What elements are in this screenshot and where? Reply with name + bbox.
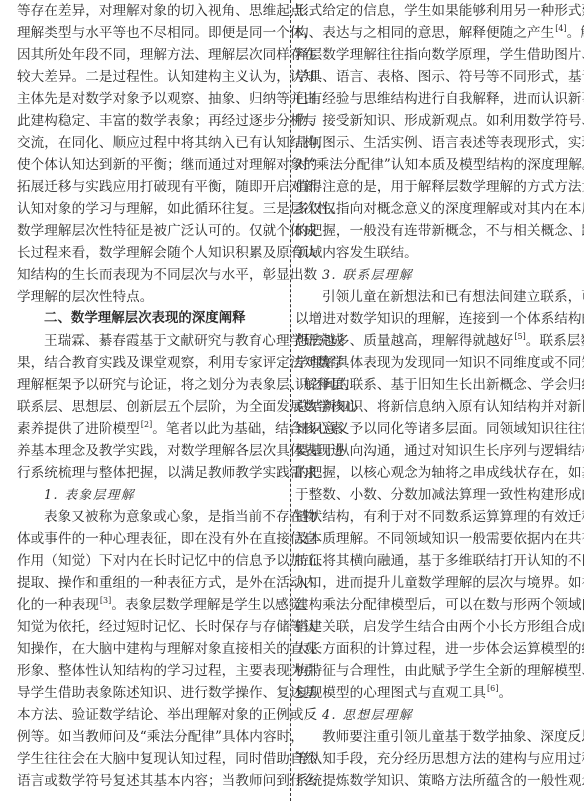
text-line: 总结新知识、将新信息纳入原有认知结构并对新旧 (295, 396, 567, 418)
subsection-heading: 4. 思想层理解 (295, 704, 413, 726)
text-line: 联系层、思想层、创新层五个层阶，为全面发展数学核心 (17, 396, 288, 418)
text-line: 因其所处年段不同，理解方法、理解层次同样存在 (17, 44, 288, 66)
text-fragment: 。表象层数学理解是学生以感觉、 (111, 597, 316, 613)
text-line: 理解类型与水平等也不尽相同。即便是同一个体， (17, 22, 288, 44)
paper-page: 等存在差异，对理解对象的切入视角、思维起点、 理解类型与水平等也不尽相同。即便是… (0, 0, 584, 801)
text-fragment: 。联系层数 (526, 333, 584, 349)
text-fragment: 。解 (567, 25, 584, 41)
text-line: 学生往往会在大脑中复现认知过程，同时借助自然 (17, 748, 288, 770)
text-line: 教师要注重引领儿童基于数学抽象、深度反思 (295, 726, 567, 748)
citation-ref[interactable]: [5] (514, 332, 525, 341)
text-line: 表象又被称为意象或心象，是指当前不存在物 (17, 506, 288, 528)
text-line: 几何图示、生活实例、语言表述等表现形式，实现 (295, 132, 567, 154)
text-line: 导学生借助表象陈述知识、进行数学操作、复述基 (17, 682, 288, 704)
text-line: 搭建关联，启发学生结合由两个小长方形组合成的 (295, 616, 567, 638)
text-line: 本方法、验证数学结论、举出理解对象的正例或反 (17, 704, 288, 726)
text-line: 王瑞霖、綦春霞基于文献研究与教育心理学研究成 (17, 330, 288, 352)
text-line: 的把握，以核心观念为轴将之串成线状存在，如基 (295, 462, 567, 484)
text-line: 理解框架予以研究与论证，将之划分为表象层、解释层、 (17, 374, 288, 396)
text-line: 引领儿童在新想法和已有想法间建立联系，可 (295, 286, 567, 308)
text-line: 构、表达与之相同的意思，解释便随之产生[4]。解 (295, 22, 584, 44)
text-line: 已有经验与思维结构进行自我解释，进而认识新事 (295, 88, 567, 110)
text-line: 建构乘法分配律模型后，可以在数与形两个领域间 (295, 594, 567, 616)
text-line: 要基于纵向沟通，通过对知识生长序列与逻辑结构 (295, 440, 567, 462)
text-line: 学理解的层次性特点。 (17, 286, 153, 308)
text-line: 此建构稳定、丰富的数学表象；再经过逐步分析与 (17, 110, 288, 132)
text-line: 学具、语言、表格、图示、符号等不同形式，基于 (295, 66, 567, 88)
text-line: 构特征与合理性，由此赋予学生全新的理解模型、 (295, 660, 567, 682)
text-line: 主体先是对数学对象予以观察、抽象、归纳等并由 (17, 88, 288, 110)
text-fragment: 想法越多、质量越高，理解得就越好 (295, 333, 513, 349)
text-line: 长过程来看，数学理解会随个人知识积累及原有认 (17, 242, 288, 264)
text-line: 对“乘法分配律”认知本质及模型结构的深度理解。 (295, 154, 567, 176)
text-line: 较大差异。二是过程性。认知建构主义认为，认知 (17, 66, 288, 88)
text-line: 提取、操作和重组的一种表征方式，是外在活动内 (17, 572, 288, 594)
text-line: 复现模型的心理图式与直观工具[6]。 (295, 682, 512, 704)
citation-ref[interactable]: [3] (100, 596, 111, 605)
citation-ref[interactable]: [4] (555, 24, 566, 33)
column-divider (290, 0, 291, 801)
text-line: 认知对象的学习与理解，如此循环往复。三是层次性。 (17, 198, 288, 220)
text-fragment: 复现模型的心理图式与直观工具 (295, 685, 486, 701)
text-fragment: 化的一种表现 (17, 597, 99, 613)
text-line: 学理解具体表现为发现同一知识不同维度或不同知 (295, 352, 567, 374)
text-line: 数学理解层次性特征是被广泛认可的。仅就个体成 (17, 220, 288, 242)
text-line: 值得注意的是，用于解释层数学理解的方式方法大 (295, 176, 567, 198)
text-line: 知结构的生长而表现为不同层次与水平，彰显出数 (17, 264, 288, 286)
text-line: 多仅仅指向对概念意义的深度理解或对其内在本质 (295, 198, 567, 220)
text-line: 作用（知觉）下对内在长时记忆中的信息予以加工、 (17, 550, 288, 572)
text-line: 体或事件的一种心理表征，即在没有外在直接信息 (17, 528, 288, 550)
subsection-heading: 3. 联系层理解 (295, 264, 413, 286)
text-line: 想法越多、质量越高，理解得就越好[5]。联系层数 (295, 330, 584, 352)
text-line: 化的一种表现[3]。表象层数学理解是学生以感觉、 (17, 594, 316, 616)
text-line: 物、接受新知识、形成新观点。如利用数学符号、 (295, 110, 567, 132)
text-line: 以增进对数学知识的理解，连接到一个体系结构的 (295, 308, 567, 330)
text-line: 的把握，一般没有连带新概念，不与相关概念、跨 (295, 220, 567, 242)
section-heading: 二、数学理解层次表现的深度阐释 (17, 308, 246, 330)
text-line: 知觉为依托，经过短时记忆、长时保存与存储等认 (17, 616, 288, 638)
text-fragment: 构、表达与之相同的意思，解释便随之产生 (295, 25, 554, 41)
text-line: 养基本理念及教学实践，对数学理解各层次具体表现进 (17, 440, 288, 462)
citation-ref[interactable]: [6] (487, 684, 498, 693)
text-line: 链状结构，有利于对不同数系运算算理的有效迁移 (295, 506, 567, 528)
text-line: 等认知手段，充分经历思想方法的建构与应用过程， (295, 748, 567, 770)
text-fragment: 。 (499, 685, 513, 701)
text-line: 知识意义予以同化等诸多层面。同领域知识往往需 (295, 418, 567, 440)
text-line: 使个体认知达到新的平衡；继而通过对理解对象的 (17, 154, 288, 176)
text-line: 及本质理解。不同领域知识一般需要依据内在共有 (295, 528, 567, 550)
text-line: 行系统梳理与整体把握，以满足教师教学实践需求。 (17, 462, 331, 484)
text-line: 拓展迁移与实践应用打破现有平衡，随即开启对新 (17, 176, 288, 198)
text-line: 领域内容发生联结。 (295, 242, 418, 264)
text-line: 识之间的联系、基于旧知生长出新概念、学会归纳 (295, 374, 567, 396)
text-line: 特征将其横向融通，基于多维联结打开认知的不同 (295, 550, 567, 572)
subsection-heading: 1. 表象层理解 (17, 484, 135, 506)
text-line: 例等。如当教师问及“乘法分配律”具体内容时， (17, 726, 288, 748)
text-line: 于整数、小数、分数加减法算理一致性构建形成的 (295, 484, 567, 506)
text-line: 果，结合教育实践及课堂观察，利用专家评定法对数学 (17, 352, 288, 374)
text-fragment: 素养提供了进阶模型 (17, 421, 140, 437)
text-line: 大长方面积的计算过程，进一步体会运算模型的结 (295, 638, 567, 660)
citation-ref[interactable]: [2] (141, 420, 152, 429)
text-line: 等存在差异，对理解对象的切入视角、思维起点、 (17, 0, 288, 22)
right-column: 形式给定的信息，学生如果能够利用另一种形式建 构、表达与之相同的意思，解释便随之… (295, 0, 567, 801)
text-line: 入口，进而提升儿童数学理解的层次与境界。如在 (295, 572, 567, 594)
text-line: 语言或数学符号复述其基本内容；当教师问到什么 (17, 770, 288, 792)
text-line: 释层数学理解往往指向数学原理，学生借助图片、 (295, 44, 567, 66)
text-line: 形象、整体性认知结构的学习过程，主要表现为引 (17, 660, 288, 682)
text-line: 系统提炼数学知识、策略方法所蕴含的一般性观念， (295, 770, 567, 792)
left-column: 等存在差异，对理解对象的切入视角、思维起点、 理解类型与水平等也不尽相同。即便是… (17, 0, 288, 801)
text-line: 交流，在同化、顺应过程中将其纳入已有认知结构， (17, 132, 288, 154)
text-line: 知操作，在大脑中建构与理解对象直接相关的直观 (17, 638, 288, 660)
text-line: 形式给定的信息，学生如果能够利用另一种形式建 (295, 0, 567, 22)
